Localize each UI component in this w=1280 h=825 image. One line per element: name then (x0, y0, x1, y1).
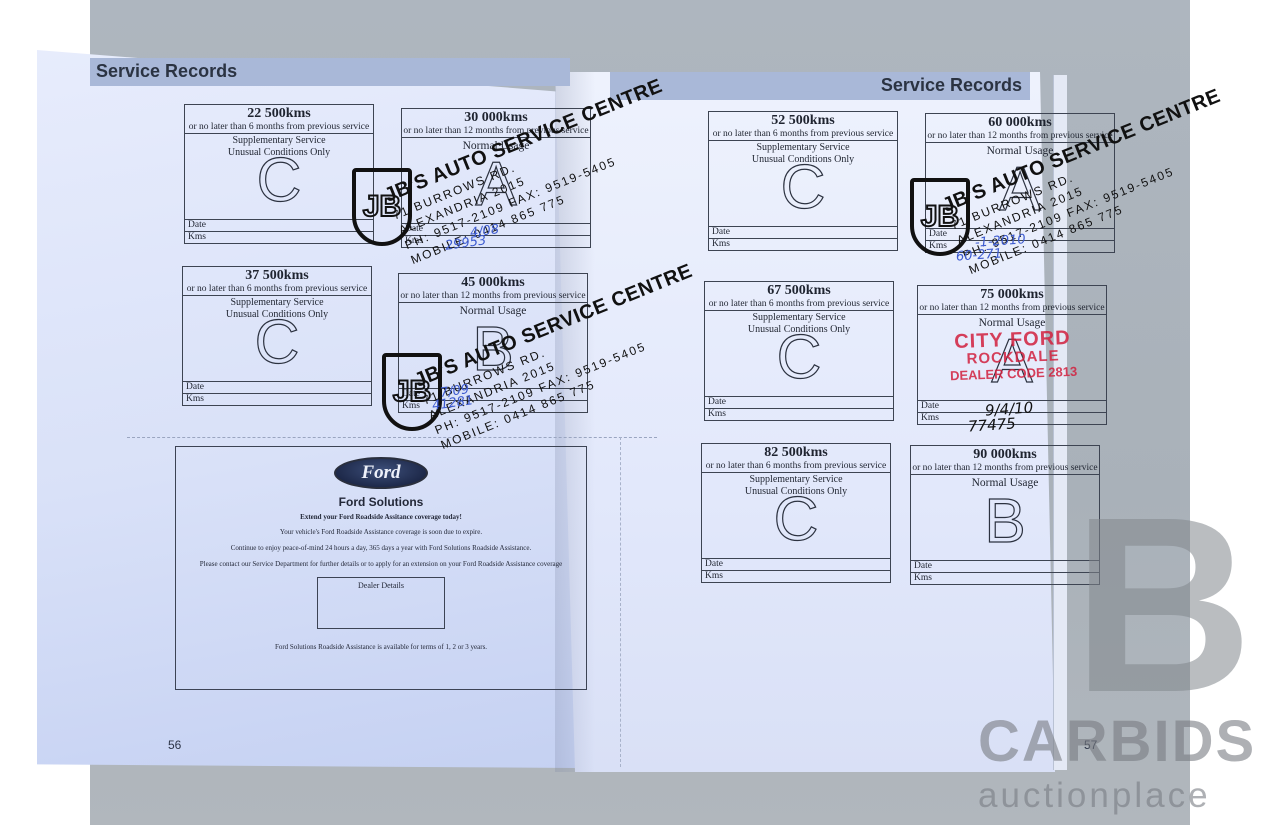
header-bar-right: Service Records (610, 72, 1030, 100)
promo-text: Continue to enjoy peace-of-mind 24 hours… (176, 544, 586, 553)
date-field: Date (709, 226, 897, 238)
dealer-details-box: Dealer Details (317, 577, 445, 629)
kms-field: Kms (709, 238, 897, 250)
service-record-box: 52 500kmsor no later than 6 months from … (708, 111, 898, 251)
service-deadline: or no later than 6 months from previous … (705, 299, 893, 311)
promo-footer: Ford Solutions Roadside Assistance is av… (176, 643, 586, 651)
date-field: Date (183, 381, 371, 393)
service-grade-letter: C (185, 149, 373, 213)
jb-stamp: JB JB'S AUTO SERVICE CENTRE 71 BURROWS R… (352, 120, 672, 270)
service-grade-letter: C (705, 326, 893, 390)
service-deadline: or no later than 6 months from previous … (183, 284, 371, 296)
ford-logo-icon: Ford (334, 457, 428, 489)
page-title: Service Records (96, 61, 237, 82)
service-interval: 37 500kms (183, 268, 371, 284)
promo-text: Your vehicle's Ford Roadside Assistance … (176, 528, 586, 537)
city-ford-stamp: CITY FORD ROCKDALE DEALER CODE 2813 (927, 327, 1099, 384)
kms-field: Kms (702, 570, 890, 582)
kms-field: Kms (185, 231, 373, 243)
service-deadline: or no later than 6 months from previous … (709, 129, 897, 141)
service-interval: 52 500kms (709, 113, 897, 129)
kms-field: Kms (183, 393, 371, 405)
date-field: Date (705, 396, 893, 408)
service-deadline: or no later than 6 months from previous … (702, 461, 890, 473)
service-record-box: 22 500kmsor no later than 6 months from … (184, 104, 374, 244)
service-deadline: or no later than 12 months from previous… (399, 291, 587, 303)
page-title: Service Records (881, 75, 1022, 96)
promo-title: Ford Solutions (176, 495, 586, 509)
carbids-monogram-watermark: B (978, 505, 1253, 705)
tear-line-vertical (620, 437, 621, 767)
service-interval: 22 500kms (185, 106, 373, 122)
date-field: Date (185, 219, 373, 231)
service-interval: 60 000kms (926, 115, 1114, 131)
jb-stamp: JB JB'S AUTO SERVICE CENTRE 71 BURROWS R… (382, 305, 702, 455)
handwritten-kms: 77475 (967, 414, 1016, 435)
service-record-box: 82 500kmsor no later than 6 months from … (701, 443, 891, 583)
service-description: Supplementary Service (702, 474, 890, 485)
service-description: Supplementary Service (709, 142, 897, 153)
service-record-box: 67 500kmsor no later than 6 months from … (704, 281, 894, 421)
kms-field: Kms (705, 408, 893, 420)
handwritten-kms: 60-271 (956, 246, 1003, 264)
service-description: Supplementary Service (705, 312, 893, 323)
promo-text: Please contact our Service Department fo… (176, 560, 586, 569)
carbids-watermark: CARBIDS (978, 713, 1256, 771)
service-deadline: or no later than 12 months from previous… (918, 303, 1106, 315)
header-bar-left: Service Records (90, 58, 570, 86)
auctionplace-watermark: auctionplace (978, 778, 1211, 813)
service-grade-letter: C (183, 311, 371, 375)
promo-subtitle: Extend your Ford Roadside Assitance cove… (176, 513, 586, 521)
service-description: Supplementary Service (183, 297, 371, 308)
ford-solutions-panel: Ford Ford Solutions Extend your Ford Roa… (175, 446, 587, 690)
service-record-box: 37 500kmsor no later than 6 months from … (182, 266, 372, 406)
service-interval: 90 000kms (911, 447, 1099, 463)
service-interval: 82 500kms (702, 445, 890, 461)
page-number: 56 (168, 738, 181, 752)
service-interval: 45 000kms (399, 275, 587, 291)
service-deadline: or no later than 12 months from previous… (911, 463, 1099, 475)
service-interval: 67 500kms (705, 283, 893, 299)
service-grade-letter: C (702, 488, 890, 552)
date-field: Date (702, 558, 890, 570)
service-interval: 75 000kms (918, 287, 1106, 303)
service-description: Supplementary Service (185, 135, 373, 146)
service-grade-letter: C (709, 156, 897, 220)
service-deadline: or no later than 6 months from previous … (185, 122, 373, 134)
